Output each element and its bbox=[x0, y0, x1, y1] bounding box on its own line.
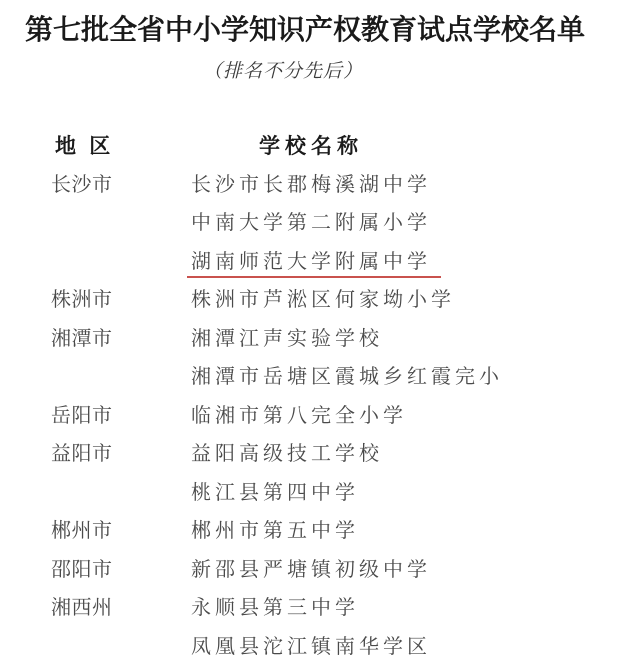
school-cell: 凤凰县沱江镇南华学区 bbox=[191, 630, 431, 659]
header-school: 学校名称 bbox=[191, 130, 431, 160]
table-row: 株洲市株洲市芦淞区何家坳小学 bbox=[0, 279, 641, 318]
region-cell: 长沙市 bbox=[0, 168, 191, 197]
school-cell: 临湘市第八完全小学 bbox=[191, 399, 407, 428]
table-row: 长沙市长沙市长郡梅溪湖中学 bbox=[0, 163, 641, 202]
document-title: 第七批全省中小学知识产权教育试点学校名单 bbox=[0, 13, 610, 49]
school-cell: 长沙市长郡梅溪湖中学 bbox=[191, 168, 431, 197]
table-header-row: 地 区 学校名称 bbox=[0, 126, 641, 163]
school-cell: 益阳高级技工学校 bbox=[191, 437, 383, 466]
table-row: 邵阳市新邵县严塘镇初级中学 bbox=[0, 548, 641, 587]
table-row: 桃江县第四中学 bbox=[0, 471, 641, 510]
school-cell: 郴州市第五中学 bbox=[191, 514, 359, 543]
school-name: 临湘市第八完全小学 bbox=[191, 405, 407, 427]
school-name: 郴州市第五中学 bbox=[191, 520, 359, 542]
school-cell: 新邵县严塘镇初级中学 bbox=[191, 553, 431, 582]
school-name: 新邵县严塘镇初级中学 bbox=[191, 559, 431, 581]
school-name: 株洲市芦淞区何家坳小学 bbox=[191, 289, 455, 311]
highlighted-school-name: 湖南师范大学附属中学 bbox=[187, 251, 441, 278]
school-cell: 湘潭市岳塘区霞城乡红霞完小 bbox=[191, 360, 503, 389]
region-cell: 湘潭市 bbox=[0, 322, 191, 351]
region-cell: 湘西州 bbox=[0, 591, 191, 620]
table-row: 岳阳市临湘市第八完全小学 bbox=[0, 394, 641, 433]
table-row: 中南大学第二附属小学 bbox=[0, 202, 641, 241]
school-cell: 永顺县第三中学 bbox=[191, 591, 359, 620]
school-cell: 桃江县第四中学 bbox=[191, 476, 359, 505]
school-cell: 湘潭江声实验学校 bbox=[191, 322, 383, 351]
table-rows: 长沙市长沙市长郡梅溪湖中学中南大学第二附属小学湖南师范大学附属中学株洲市株洲市芦… bbox=[0, 163, 641, 664]
school-name: 中南大学第二附属小学 bbox=[191, 212, 431, 234]
document-page: 第七批全省中小学知识产权教育试点学校名单 （排名不分先后） 地 区 学校名称 长… bbox=[0, 0, 641, 666]
table-row: 湖南师范大学附属中学 bbox=[0, 240, 641, 279]
table-row: 凤凰县沱江镇南华学区 bbox=[0, 625, 641, 664]
school-name: 凤凰县沱江镇南华学区 bbox=[191, 636, 431, 658]
region-cell: 株洲市 bbox=[0, 283, 191, 312]
school-name: 长沙市长郡梅溪湖中学 bbox=[191, 174, 431, 196]
region-cell: 岳阳市 bbox=[0, 399, 191, 428]
region-cell: 郴州市 bbox=[0, 514, 191, 543]
school-name: 湘潭江声实验学校 bbox=[191, 328, 383, 350]
region-cell: 益阳市 bbox=[0, 437, 191, 466]
document-subtitle: （排名不分先后） bbox=[0, 59, 566, 85]
table-row: 湘潭市岳塘区霞城乡红霞完小 bbox=[0, 356, 641, 395]
schools-table: 地 区 学校名称 长沙市长沙市长郡梅溪湖中学中南大学第二附属小学湖南师范大学附属… bbox=[0, 126, 641, 664]
table-row: 湘西州永顺县第三中学 bbox=[0, 587, 641, 626]
school-name: 桃江县第四中学 bbox=[191, 482, 359, 504]
region-cell: 邵阳市 bbox=[0, 553, 191, 582]
school-name: 益阳高级技工学校 bbox=[191, 443, 383, 465]
header-region: 地 区 bbox=[0, 130, 191, 160]
school-cell: 湖南师范大学附属中学 bbox=[191, 245, 441, 274]
school-cell: 株洲市芦淞区何家坳小学 bbox=[191, 283, 455, 312]
table-row: 湘潭市湘潭江声实验学校 bbox=[0, 317, 641, 356]
table-row: 益阳市益阳高级技工学校 bbox=[0, 433, 641, 472]
school-name: 永顺县第三中学 bbox=[191, 597, 359, 619]
school-cell: 中南大学第二附属小学 bbox=[191, 206, 431, 235]
table-row: 郴州市郴州市第五中学 bbox=[0, 510, 641, 549]
school-name: 湘潭市岳塘区霞城乡红霞完小 bbox=[191, 366, 503, 388]
